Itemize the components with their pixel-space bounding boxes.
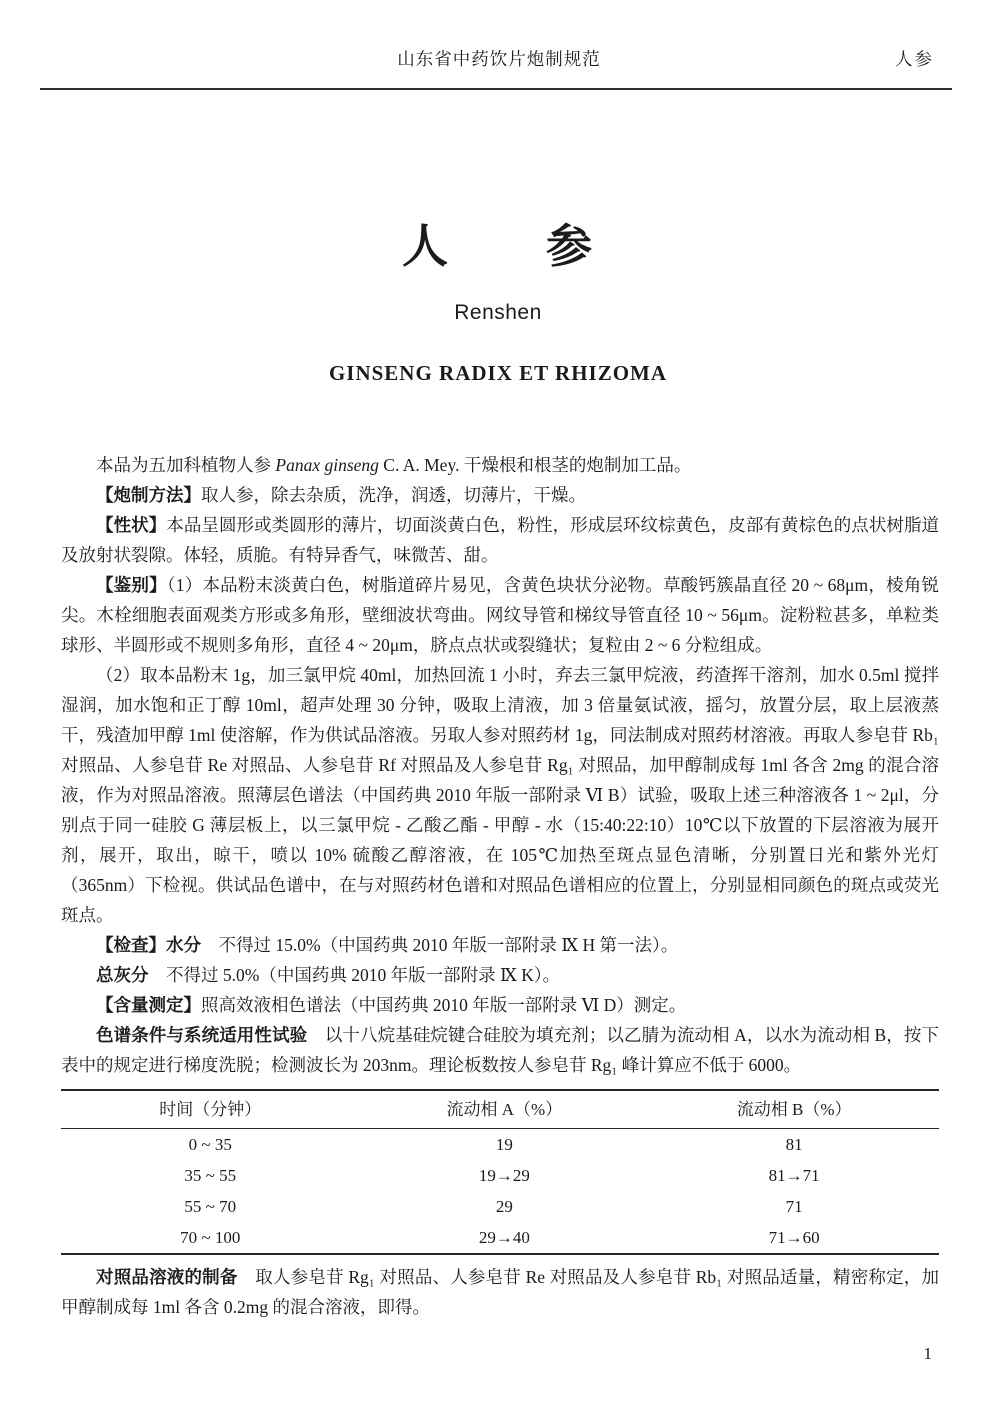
table-row: 55 ~ 70 29 71 xyxy=(61,1191,939,1222)
table-cell: 55 ~ 70 xyxy=(61,1191,360,1222)
column-header-mobile-phase-a: 流动相 A（%） xyxy=(360,1090,650,1129)
table-cell: 81→71 xyxy=(649,1160,939,1191)
paragraph-processing-method: 【炮制方法】取人参，除去杂质，洗净，润透，切薄片，干燥。 xyxy=(61,480,939,510)
origin-text: 本品为五加科植物人参 xyxy=(96,455,275,475)
header-rule xyxy=(40,88,952,90)
latin-name: GINSENG RADIX ET RHIZOMA xyxy=(0,361,996,386)
section-label-jianbie: 【鉴别】 xyxy=(96,575,167,595)
paragraph-check-moisture: 【检查】水分 不得过 15.0%（中国药典 2010 年版一部附录 Ⅸ H 第一… xyxy=(61,930,939,960)
table-cell: 70 ~ 100 xyxy=(61,1222,360,1254)
section-label-paozhifangfa: 【炮制方法】 xyxy=(96,485,201,505)
page-number: 1 xyxy=(924,1344,933,1364)
assay-text: 照高效液相色谱法（中国药典 2010 年版一部附录 Ⅵ D）测定。 xyxy=(201,995,686,1015)
sublabel-duizhaopin-zhibei: 对照品溶液的制备 xyxy=(96,1267,238,1287)
processing-method-text: 取人参，除去杂质，洗净，润透，切薄片，干燥。 xyxy=(201,485,586,505)
paragraph-reference-solution: 对照品溶液的制备 取人参皂苷 Rg₁ 对照品、人参皂苷 Re 对照品及人参皂苷 … xyxy=(61,1262,939,1322)
table-cell: 19→29 xyxy=(360,1160,650,1191)
moisture-text: 不得过 15.0%（中国药典 2010 年版一部附录 Ⅸ H 第一法）。 xyxy=(201,935,678,955)
table-header-row: 时间（分钟） 流动相 A（%） 流动相 B（%） xyxy=(61,1090,939,1129)
book-title: 山东省中药饮片炮制规范 xyxy=(60,46,938,71)
gradient-elution-table: 时间（分钟） 流动相 A（%） 流动相 B（%） 0 ~ 35 19 81 35… xyxy=(61,1089,939,1255)
table-cell: 29→40 xyxy=(360,1222,650,1254)
table-cell: 29 xyxy=(360,1191,650,1222)
section-label-jiancha: 【检查】 xyxy=(96,935,166,955)
paragraph-identification-1: 【鉴别】（1）本品粉末淡黄白色，树脂道碎片易见，含黄色块状分泌物。草酸钙簇晶直径… xyxy=(61,570,939,660)
table-row: 35 ~ 55 19→29 81→71 xyxy=(61,1160,939,1191)
document-page: 山东省中药饮片炮制规范 人参 人 参 Renshen GINSENG RADIX… xyxy=(0,0,996,1406)
section-label-xingzhuang: 【性状】 xyxy=(96,515,166,535)
sublabel-shuifen: 水分 xyxy=(166,935,201,955)
paragraph-assay: 【含量测定】照高效液相色谱法（中国药典 2010 年版一部附录 Ⅵ D）测定。 xyxy=(61,990,939,1020)
latin-binomial: Panax ginseng xyxy=(275,455,379,475)
paragraph-origin: 本品为五加科植物人参 Panax ginseng C. A. Mey. 干燥根和… xyxy=(61,450,939,480)
table-cell: 71 xyxy=(649,1191,939,1222)
sublabel-zonghuifen: 总灰分 xyxy=(96,965,149,985)
monograph-title: 人 参 xyxy=(0,210,996,276)
origin-text-cont: C. A. Mey. 干燥根和根茎的炮制加工品。 xyxy=(379,455,691,475)
running-head: 山东省中药饮片炮制规范 人参 xyxy=(60,46,938,72)
table-cell: 19 xyxy=(360,1129,650,1161)
section-label-hanliangceding: 【含量测定】 xyxy=(96,995,201,1015)
table-cell: 81 xyxy=(649,1129,939,1161)
sublabel-sepu-tiaojian: 色谱条件与系统适用性试验 xyxy=(96,1025,307,1045)
table-cell: 71→60 xyxy=(649,1222,939,1254)
table-row: 0 ~ 35 19 81 xyxy=(61,1129,939,1161)
paragraph-total-ash: 总灰分 不得过 5.0%（中国药典 2010 年版一部附录 Ⅸ K）。 xyxy=(61,960,939,990)
paragraph-description: 【性状】本品呈圆形或类圆形的薄片，切面淡黄白色，粉性，形成层环纹棕黄色，皮部有黄… xyxy=(61,510,939,570)
paragraph-identification-2: （2）取本品粉末 1g，加三氯甲烷 40ml，加热回流 1 小时，弃去三氯甲烷液… xyxy=(61,660,939,930)
column-header-time: 时间（分钟） xyxy=(61,1090,360,1129)
column-header-mobile-phase-b: 流动相 B（%） xyxy=(649,1090,939,1129)
table-row: 70 ~ 100 29→40 71→60 xyxy=(61,1222,939,1254)
identification-2-text: （2）取本品粉末 1g，加三氯甲烷 40ml，加热回流 1 小时，弃去三氯甲烷液… xyxy=(61,665,939,925)
table-cell: 35 ~ 55 xyxy=(61,1160,360,1191)
pinyin-name: Renshen xyxy=(0,301,996,325)
table-cell: 0 ~ 35 xyxy=(61,1129,360,1161)
total-ash-text: 不得过 5.0%（中国药典 2010 年版一部附录 Ⅸ K）。 xyxy=(149,965,561,985)
paragraph-chromatographic-conditions: 色谱条件与系统适用性试验 以十八烷基硅烷键合硅胶为填充剂；以乙腈为流动相 A，以… xyxy=(61,1020,939,1080)
body-text: 本品为五加科植物人参 Panax ginseng C. A. Mey. 干燥根和… xyxy=(61,450,939,1322)
identification-1-text: （1）本品粉末淡黄白色，树脂道碎片易见，含黄色块状分泌物。草酸钙簇晶直径 20 … xyxy=(61,575,939,655)
description-text: 本品呈圆形或类圆形的薄片，切面淡黄白色，粉性，形成层环纹棕黄色，皮部有黄棕色的点… xyxy=(61,515,939,565)
section-label: 人参 xyxy=(895,46,934,71)
